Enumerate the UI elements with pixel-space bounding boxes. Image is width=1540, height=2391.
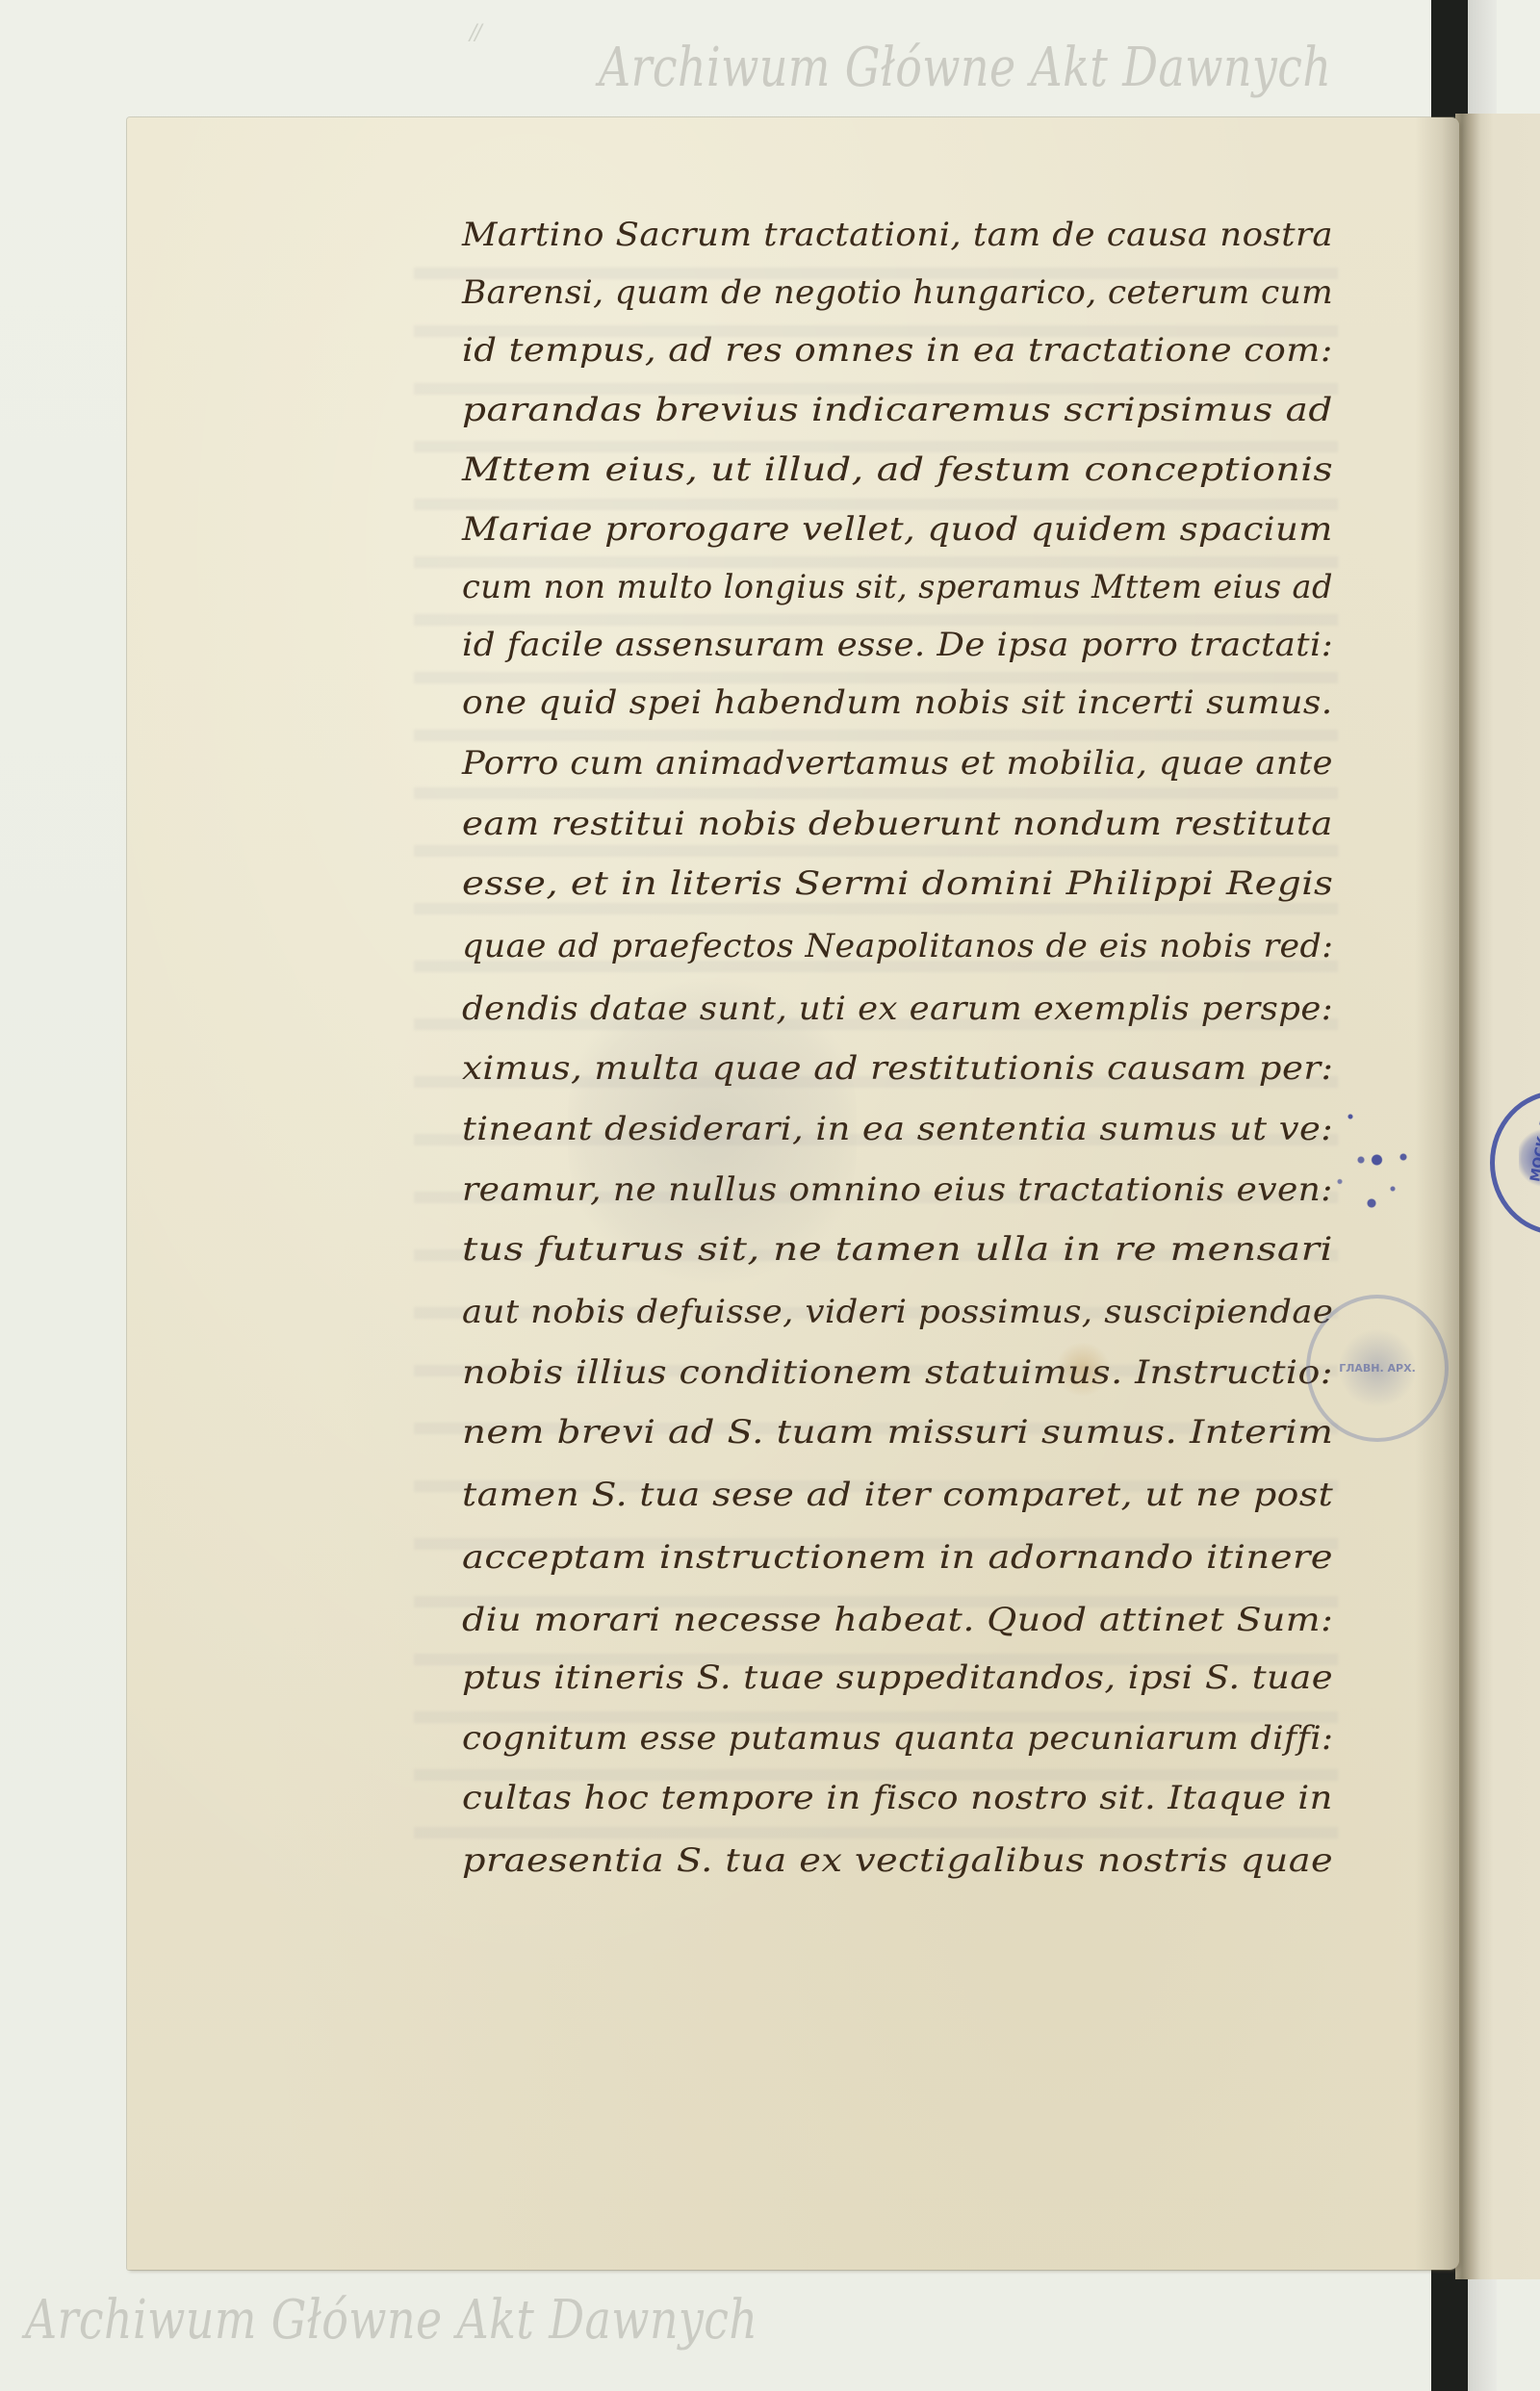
manuscript-line: reamur, ne nullus omnino eius tractation…: [462, 1170, 1333, 1209]
manuscript-line: acceptam instructionem in adornando itin…: [462, 1538, 1333, 1577]
manuscript-line: dendis datae sunt, uti ex earum exemplis…: [462, 990, 1333, 1028]
manuscript-line: esse, et in literis Sermi domini Philipp…: [462, 864, 1333, 903]
manuscript-line: Mariae prorogare vellet, quod quidem spa…: [462, 510, 1333, 549]
manuscript-line: cultas hoc tempore in fisco nostro sit. …: [462, 1779, 1333, 1817]
archive-stamp-left: ГЛАВН. АРХ.: [1306, 1295, 1449, 1442]
archive-watermark-bottom: Archiwum Główne Akt Dawnych: [25, 2289, 757, 2352]
manuscript-line: tamen S. tua sese ad iter comparet, ut n…: [462, 1476, 1333, 1514]
stamp-ink-specks: [1319, 1088, 1424, 1232]
manuscript-line: eam restitui nobis debuerunt nondum rest…: [462, 805, 1333, 843]
manuscript-line: aut nobis defuisse, videri possimus, sus…: [462, 1293, 1333, 1331]
manuscript-line: nobis illius conditionem statuimus. Inst…: [462, 1353, 1333, 1392]
manuscript-line: ximus, multa quae ad restitutionis causa…: [462, 1049, 1333, 1088]
manuscript-line: Barensi, quam de negotio hungarico, cete…: [462, 273, 1333, 312]
manuscript-line: nem brevi ad S. tuam missuri sumus. Inte…: [462, 1413, 1333, 1452]
manuscript-line: cognitum esse putamus quanta pecuniarum …: [462, 1719, 1333, 1758]
manuscript-line: one quid spei habendum nobis sit incerti…: [462, 683, 1333, 722]
manuscript-line: Martino Sacrum tractationi, tam de causa…: [462, 216, 1333, 254]
manuscript-line: Porro cum animadvertamus et mobilia, qua…: [462, 744, 1333, 783]
manuscript-line: id tempus, ad res omnes in ea tractation…: [462, 331, 1333, 370]
archive-watermark-top: Archiwum Główne Akt Dawnych: [599, 37, 1331, 99]
manuscript-line: tus futurus sit, ne tamen ulla in re men…: [462, 1230, 1333, 1269]
manuscript-line: ptus itineris S. tuae suppeditandos, ips…: [462, 1658, 1333, 1697]
manuscript-line: Mttem eius, ut illud, ad festum concepti…: [462, 450, 1333, 489]
manuscript-line: parandas brevius indicaremus scripsimus …: [462, 391, 1333, 429]
stamp-emblem-icon: [1339, 1327, 1416, 1409]
manuscript-line: praesentia S. tua ex vectigalibus nostri…: [462, 1841, 1333, 1880]
manuscript-text: Martino Sacrum tractationi, tam de causa…: [0, 0, 1540, 2391]
manuscript-line: tineant desiderari, in ea sententia sumu…: [462, 1110, 1333, 1148]
manuscript-line: diu morari necesse habeat. Quod attinet …: [462, 1601, 1333, 1639]
manuscript-line: cum non multo longius sit, speramus Mtte…: [462, 568, 1333, 606]
manuscript-line: quae ad praefectos Neapolitanos de eis n…: [462, 927, 1333, 965]
manuscript-line: id facile assensuram esse. De ipsa porro…: [462, 626, 1333, 664]
